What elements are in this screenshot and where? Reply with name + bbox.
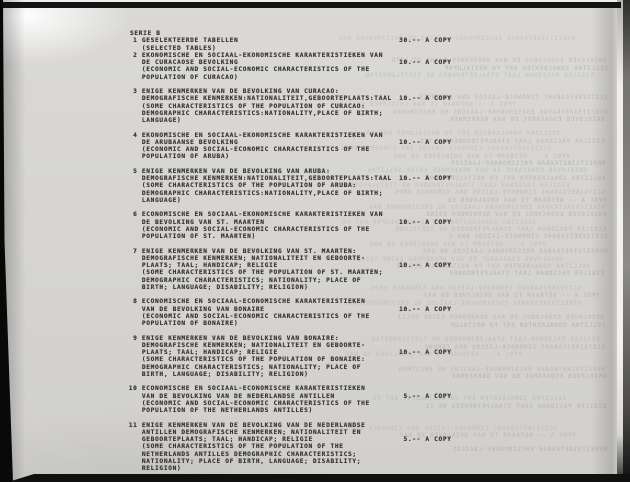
entry-line: BIRTH; LANGUAGE; DISABILITY; RELIGION) — [129, 284, 392, 291]
entry-line: (SOME CHARACTERISTICS OF THE POPULATION … — [129, 182, 392, 189]
price-amount: 10.-- — [399, 95, 421, 102]
entry-text: POPULATION OF THE NETHERLANDS ANTILLES) — [142, 407, 313, 414]
price-label: 30.-- A COPY — [399, 37, 452, 44]
entry-line: (SOME CHARACTERISTICS OF THE POPULATION … — [129, 103, 392, 110]
entry-text: (ECONOMIC AND SOCIAL-ECONOMIC CHARACTERI… — [142, 313, 370, 320]
entry-text: VAN DE BEVOLKING VAN BONAIRE — [142, 306, 265, 313]
entry-line: (SELECTED TABLES) — [129, 45, 392, 52]
entry-text: POPULATION OF ST. MAARTEN) — [142, 233, 256, 240]
entry-line: 11ENIGE KENMERKEN VAN DE BEVOLKING VAN D… — [129, 422, 392, 429]
entry-line: (SOME CHARACTERISTICS OF THE POPULATION … — [129, 269, 392, 276]
entry-line: DEMOGRAPHIC CHARACTERISTICS; NATIONALITY… — [129, 277, 392, 284]
entry-text: ENIGE KENMERKEN VAN DE BEVOLKING VAN ST.… — [142, 248, 357, 255]
entry-text: DE BEVOLKING VAN ST. MAARTEN — [142, 219, 265, 226]
entry-number: 10 — [129, 385, 138, 392]
price-label: 10.-- A COPY — [399, 306, 452, 313]
price-label: 10.-- A COPY — [399, 175, 452, 182]
entry-text: DE ARUBAANSE BEVOLKING — [142, 139, 238, 146]
entry-line: DEMOGRAFISCHE KENMERKEN:NATIONALITEIT,GE… — [129, 95, 392, 102]
entry-text: ENIGE KENMERKEN VAN DE BEVOLKING VAN DE … — [142, 422, 366, 429]
page-block-edge — [623, 0, 630, 482]
entry-text: ECONOMISCHE EN SOCIAAL-ECONOMISCHE KARAK… — [142, 298, 366, 305]
entry-line: DE BEVOLKING VAN ST. MAARTEN10.-- A COPY — [129, 219, 392, 226]
price-amount: 5.-- — [399, 436, 421, 443]
entry-text: GESELEKTEERDE TABELLEN — [142, 37, 238, 44]
entry-line: POPULATION OF ST. MAARTEN) — [129, 233, 392, 240]
entry-text: VAN DE BEVOLKING VAN DE NEDERLANDSE ANTI… — [142, 393, 335, 400]
entry-text: DEMOGRAPHIC CHARACTERISTICS:NATIONALITY,… — [142, 110, 383, 117]
entry-line: (ECONOMIC AND SOCIAL-ECONOMIC CHARACTERI… — [129, 66, 392, 73]
entry-line: 10ECONOMISCHE EN SOCIAAL-ECONOMISCHE KAR… — [129, 385, 392, 392]
entry-line: (SOME CHARACTERISTICS OF THE POPULATION … — [129, 356, 392, 363]
scan-bottom-bar — [8, 474, 630, 482]
entry-text: RELIGION) — [142, 465, 181, 472]
price-amount: 30.-- — [399, 37, 421, 44]
entry-text: DEMOGRAPHIC CHARACTERISTICS:NATIONALITY,… — [142, 190, 383, 197]
entry-text: (SOME CHARACTERISTICS OF THE POPULATION … — [142, 182, 357, 189]
entry-line: DEMOGRAPHIC CHARACTERISTICS; NATIONALITY… — [129, 364, 392, 371]
price-label: 5.-- A COPY — [399, 393, 452, 400]
price-amount: 5.-- — [399, 393, 421, 400]
price-label: 10.-- A COPY — [399, 262, 452, 269]
entry-gap — [129, 240, 392, 247]
price-list: SERIE B 1GESELEKTEERDE TABELLEN30.-- A C… — [129, 30, 392, 472]
entry-text: BIRTH; LANGUAGE; DISABILITY; RELIGION) — [142, 284, 309, 291]
price-label: 5.-- A COPY — [399, 436, 452, 443]
entry-text: DEMOGRAPHIC CHARACTERISTICS; NATIONALITY… — [142, 277, 361, 284]
entry-text: POPULATION OF ARUBA) — [142, 153, 230, 160]
entry-number: 5 — [129, 168, 138, 175]
entry-line: 7ENIGE KENMERKEN VAN DE BEVOLKING VAN ST… — [129, 248, 392, 255]
entry-line: POPULATION OF CURACAO) — [129, 74, 392, 81]
entry-number: 7 — [129, 248, 138, 255]
entry-line: 4EKONOMISCHE EN SOCIAAL-EKONOMISCHE KARA… — [129, 132, 392, 139]
scanned-book-page: NEKEITSIRETKARAK EHCSIMONOKE-LAAICOS NE … — [0, 0, 630, 482]
entry-number: 4 — [129, 132, 138, 139]
entry-line: POPULATION OF BONAIRE) — [129, 320, 392, 327]
entry-text: (SOME CHARACTERISTICS OF THE POPULATION … — [142, 103, 366, 110]
entry-line: VAN DE BEVOLKING VAN BONAIRE10.-- A COPY — [129, 306, 392, 313]
entry-line: RELIGION) — [129, 465, 392, 472]
entry-line: POPULATION OF ARUBA) — [129, 153, 392, 160]
entry-gap — [129, 124, 392, 131]
entry-text: EKONOMISCHE EN SOCIAAL-EKONOMISCHE KARAK… — [142, 52, 383, 59]
entry-number: 1 — [129, 37, 138, 44]
page-crease-shadow — [591, 2, 617, 482]
price-amount: 10.-- — [399, 219, 421, 226]
entry-text: LANGUAGE) — [142, 117, 181, 124]
scan-top-bar — [0, 2, 621, 8]
entry-number: 9 — [129, 335, 138, 342]
entry-line: LANGUAGE) — [129, 197, 392, 204]
entry-text: LANGUAGE) — [142, 197, 181, 204]
entry-text: ENIGE KENMERKEN VAN DE BEVOLKING VAN BON… — [142, 335, 339, 342]
price-amount: 10.-- — [399, 306, 421, 313]
price-amount: 10.-- — [399, 262, 421, 269]
entry-text: (ECONOMIC AND SOCIAL-ECONOMIC CHARACTERI… — [142, 400, 370, 407]
entry-line: DEMOGRAPHIC CHARACTERISTICS:NATIONALITY,… — [129, 190, 392, 197]
entry-text: DEMOGRAFISCHE KENMERKEN:NATIONALITEIT,GE… — [142, 95, 392, 102]
entry-number: 8 — [129, 298, 138, 305]
entry-text: POPULATION OF BONAIRE) — [142, 320, 238, 327]
entry-line: 9ENIGE KENMERKEN VAN DE BEVOLKING VAN BO… — [129, 335, 392, 342]
entry-line: 1GESELEKTEERDE TABELLEN30.-- A COPY — [129, 37, 392, 44]
entry-line: NETHERLANDS ANTILLES DEMOGRAPHIC CHARACT… — [129, 451, 392, 458]
price-label: 10.-- A COPY — [399, 95, 452, 102]
entry-text: ECONOMISCHE EN SOCIAAL-ECONOMISCHE KARAK… — [142, 385, 366, 392]
entry-gap — [129, 327, 392, 334]
entry-line: POPULATION OF THE NETHERLANDS ANTILLES) — [129, 407, 392, 414]
entry-text: ENIGE KENMERKEN VAN DE BEVOLKING VAN ARU… — [142, 168, 331, 175]
entry-line: 6ECONOMISCHE EN SOCIAAL-EKONOMISCHE KARA… — [129, 211, 392, 218]
entry-text: EKONOMISCHE EN SOCIAAL-EKONOMISCHE KARAK… — [142, 132, 383, 139]
price-amount: 10.-- — [399, 139, 421, 146]
entry-text: (ECONOMIC AND SOCIAL-ECONOMIC CHARACTERI… — [142, 226, 370, 233]
entry-number: 2 — [129, 52, 138, 59]
entry-text: (SELECTED TABLES) — [142, 45, 217, 52]
price-label: 10.-- A COPY — [399, 139, 452, 146]
entry-text: POPULATION OF CURACAO) — [142, 74, 238, 81]
entry-text: (SOME CHARACTERISTICS OF THE POPULATION … — [142, 356, 366, 363]
price-label: 10.-- A COPY — [399, 59, 452, 66]
entry-line: 8ECONOMISCHE EN SOCIAAL-ECONOMISCHE KARA… — [129, 298, 392, 305]
entry-text: NATIONALITY; PLACE OF BIRTH, LANGUAGE; D… — [142, 458, 361, 465]
entry-number: 11 — [129, 422, 138, 429]
price-label: 10.-- A COPY — [399, 349, 452, 356]
entry-text: (SOME CHARACTERISTICS OF THE POPULATION … — [142, 269, 383, 276]
entry-number: 6 — [129, 211, 138, 218]
entry-line: VAN DE BEVOLKING VAN DE NEDERLANDSE ANTI… — [129, 393, 392, 400]
entry-gap — [129, 414, 392, 421]
entry-text: (SOME CHARACTERISTICS OF THE POPULATION … — [142, 443, 344, 450]
entry-text: DEMOGRAPHIC CHARACTERISTICS; NATIONALITY… — [142, 364, 361, 371]
entry-number: 3 — [129, 88, 138, 95]
entry-text: NETHERLANDS ANTILLES DEMOGRAPHIC CHARACT… — [142, 451, 357, 458]
entry-text: DEMOGRAFISCHE KENMERKEN; NATIONALITEIT E… — [142, 342, 366, 349]
entry-line: LANGUAGE) — [129, 117, 392, 124]
entry-line: (SOME CHARACTERISTICS OF THE POPULATION … — [129, 443, 392, 450]
entry-text: BIRTH, LANGUAGE; DISABILITY; RELIGION) — [142, 371, 309, 378]
price-label: 10.-- A COPY — [399, 219, 452, 226]
entry-gap — [129, 161, 392, 168]
price-amount: 10.-- — [399, 59, 421, 66]
price-amount: 10.-- — [399, 175, 421, 182]
entry-text: (ECONOMIC AND SOCIAL-ECONOMIC CHARACTERI… — [142, 66, 370, 73]
entry-text: ANTILLEN DEMOGRAFISCHE KENMERKEN; NATION… — [142, 429, 361, 436]
price-amount: 10.-- — [399, 349, 421, 356]
entry-line: BIRTH, LANGUAGE; DISABILITY; RELIGION) — [129, 371, 392, 378]
entry-text: ECONOMISCHE EN SOCIAAL-EKONOMISCHE KARAK… — [142, 211, 383, 218]
entry-text: DEMOGRAFISCHE KENMERKEN; NATIONALITEIT E… — [142, 255, 366, 262]
